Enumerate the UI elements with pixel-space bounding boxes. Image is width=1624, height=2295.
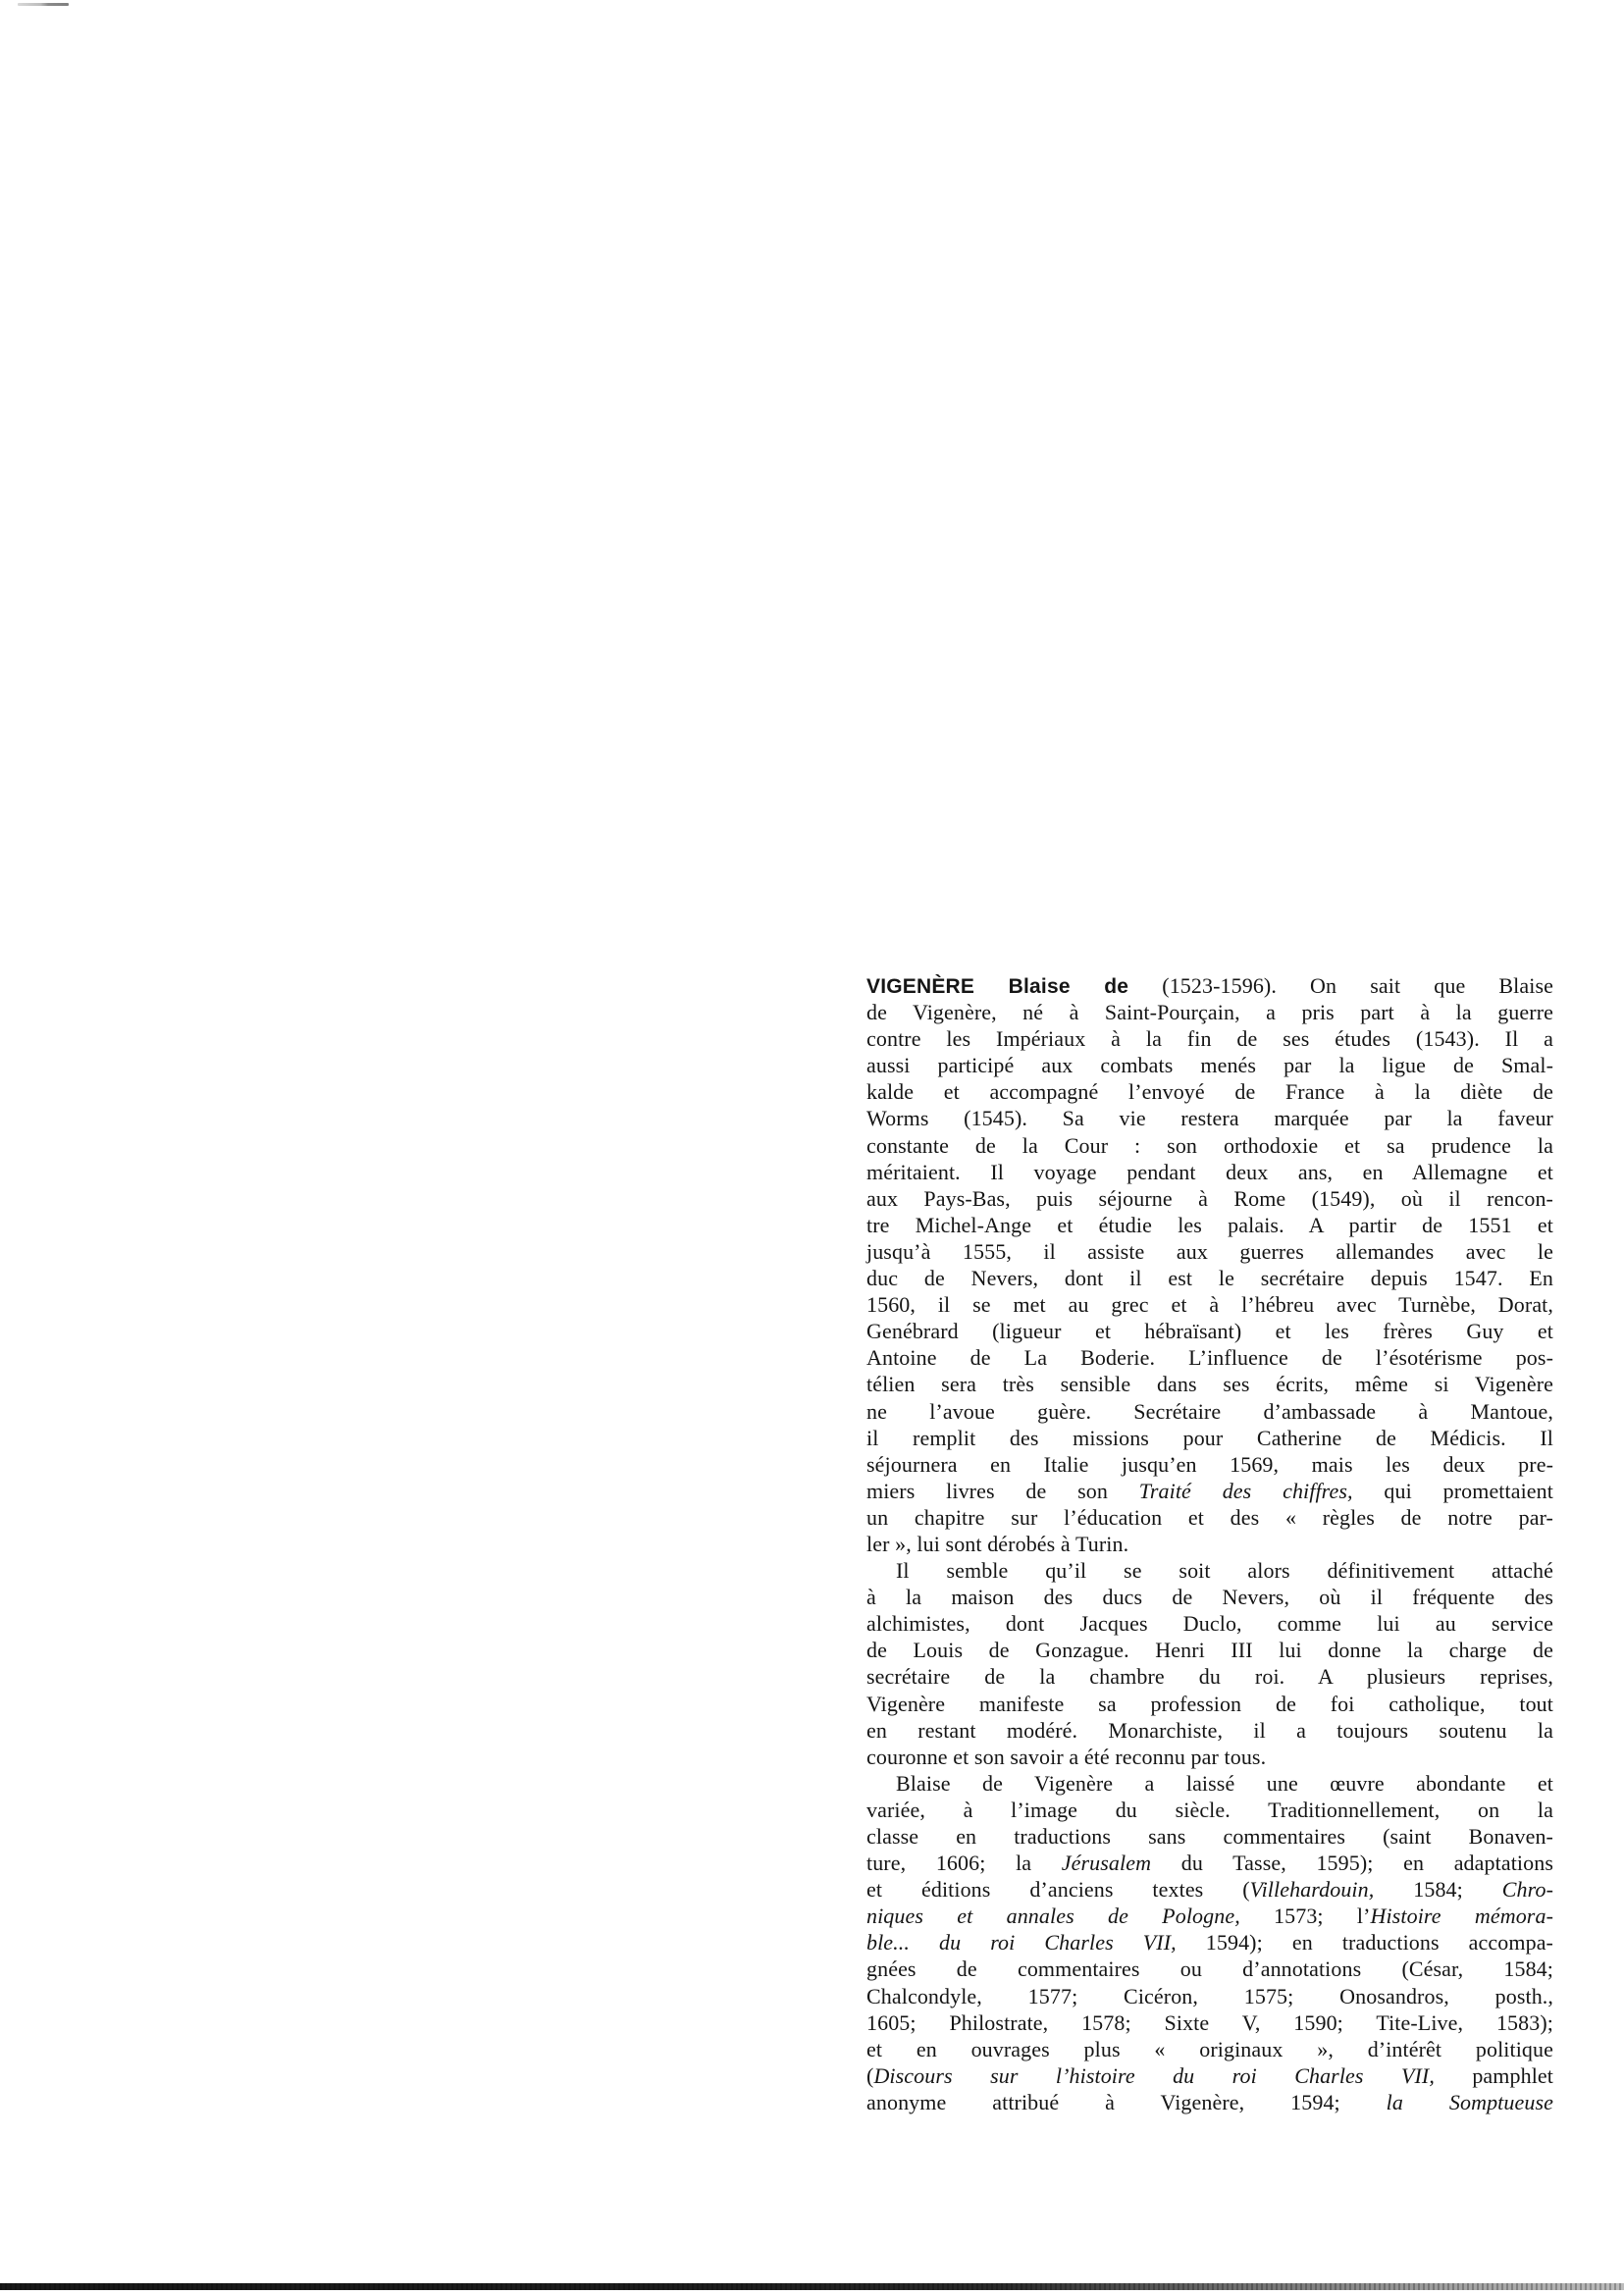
scanned-page-bottom-edge	[0, 2283, 1624, 2290]
body-text: aussi participé aux combats menés par la…	[866, 1053, 1553, 1077]
body-text: 1605; Philostrate, 1578; Sixte V, 1590; …	[866, 2010, 1553, 2035]
body-text: Il semble qu’il se soit alors définitive…	[896, 1558, 1553, 1583]
text-line: kalde et accompagné l’envoyé de France à…	[866, 1078, 1553, 1105]
text-line: et éditions d’anciens textes (Villehardo…	[866, 1876, 1553, 1903]
body-text: jusqu’à 1555, il assiste aux guerres all…	[866, 1239, 1553, 1264]
text-line: 1605; Philostrate, 1578; Sixte V, 1590; …	[866, 2009, 1553, 2036]
text-line: couronne et son savoir a été reconnu par…	[866, 1744, 1553, 1770]
body-text: aux Pays-Bas, puis séjourne à Rome (1549…	[866, 1186, 1553, 1211]
body-text: constante de la Cour : son orthodoxie et…	[866, 1133, 1553, 1158]
text-line: gnées de commentaires ou d’annotations (…	[866, 1956, 1553, 1982]
text-line: tre Michel-Ange et étudie les palais. A …	[866, 1212, 1553, 1238]
text-line: de Vigenère, né à Saint-Pourçain, a pris…	[866, 999, 1553, 1025]
body-text: un chapitre sur l’éducation et des « règ…	[866, 1505, 1553, 1530]
body-text: en restant modéré. Monarchiste, il a tou…	[866, 1718, 1553, 1743]
entry-first-line: VIGENÈRE Blaise de (1523-1596). On sait …	[866, 972, 1553, 999]
body-text: télien sera très sensible dans ses écrit…	[866, 1372, 1553, 1396]
body-text: classe en traductions sans commentaires …	[866, 1824, 1553, 1849]
body-text: Worms (1545). Sa vie restera marquée par…	[866, 1106, 1553, 1130]
italic-title: la Somptueuse	[1387, 2090, 1553, 2114]
italic-title: Discours sur l’histoire du roi Charles V…	[873, 2063, 1435, 2088]
text-line: (Discours sur l’histoire du roi Charles …	[866, 2062, 1553, 2089]
body-text: secrétaire de la chambre du roi. A plusi…	[866, 1664, 1553, 1689]
text-line: Genébrard (ligueur et hébraïsant) et les…	[866, 1318, 1553, 1344]
body-text: Antoine de La Boderie. L’influence de l’…	[866, 1345, 1553, 1370]
text-line: il remplit des missions pour Catherine d…	[866, 1425, 1553, 1451]
text-line: Vigenère manifeste sa profession de foi …	[866, 1691, 1553, 1717]
body-text: méritaient. Il voyage pendant deux ans, …	[866, 1160, 1553, 1184]
text-line: et en ouvrages plus « originaux », d’int…	[866, 2036, 1553, 2062]
body-text: tre Michel-Ange et étudie les palais. A …	[866, 1213, 1553, 1237]
body-text: ne l’avoue guère. Secrétaire d’ambassade…	[866, 1399, 1553, 1424]
body-text: et éditions d’anciens textes (	[866, 1877, 1250, 1902]
italic-title: niques et annales de Pologne,	[866, 1904, 1240, 1928]
text-line: contre les Impériaux à la fin de ses étu…	[866, 1025, 1553, 1052]
text-line: méritaient. Il voyage pendant deux ans, …	[866, 1159, 1553, 1185]
text-line: Il semble qu’il se soit alors définitive…	[866, 1557, 1553, 1584]
article-column: VIGENÈRE Blaise de (1523-1596). On sait …	[866, 972, 1553, 2115]
body-text: 1594); en traductions accompa-	[1177, 1930, 1553, 1955]
body-text: Vigenère manifeste sa profession de foi …	[866, 1692, 1553, 1716]
body-text: Blaise de Vigenère a laissé une œuvre ab…	[896, 1771, 1553, 1796]
scan-smudge-line	[18, 3, 69, 6]
text-line: de Louis de Gonzague. Henri III lui donn…	[866, 1637, 1553, 1663]
body-text: et en ouvrages plus « originaux », d’int…	[866, 2037, 1553, 2061]
body-text: qui promettaient	[1353, 1479, 1553, 1503]
italic-title: Traité des chiffres,	[1139, 1479, 1353, 1503]
text-line: secrétaire de la chambre du roi. A plusi…	[866, 1663, 1553, 1690]
body-text: ler », lui sont dérobés à Turin.	[866, 1532, 1128, 1556]
body-text: pamphlet	[1435, 2063, 1553, 2088]
text-line: un chapitre sur l’éducation et des « règ…	[866, 1504, 1553, 1531]
text-line: Chalcondyle, 1577; Cicéron, 1575; Onosan…	[866, 1983, 1553, 2009]
text-line: anonyme attribué à Vigenère, 1594; la So…	[866, 2089, 1553, 2115]
body-text: 1573; l’	[1240, 1904, 1371, 1928]
text-line: duc de Nevers, dont il est le secrétaire…	[866, 1265, 1553, 1291]
text-line: aux Pays-Bas, puis séjourne à Rome (1549…	[866, 1185, 1553, 1212]
italic-title: ble... du roi Charles VII,	[866, 1930, 1177, 1955]
text-line: ler », lui sont dérobés à Turin.	[866, 1531, 1553, 1557]
text-line: ne l’avoue guère. Secrétaire d’ambassade…	[866, 1398, 1553, 1425]
text-line: télien sera très sensible dans ses écrit…	[866, 1371, 1553, 1397]
text-line: Blaise de Vigenère a laissé une œuvre ab…	[866, 1770, 1553, 1797]
body-text: il remplit des missions pour Catherine d…	[866, 1426, 1553, 1450]
text-line: alchimistes, dont Jacques Duclo, comme l…	[866, 1610, 1553, 1637]
body-text: (1523-1596). On sait que Blaise	[1128, 973, 1553, 998]
body-text: ture, 1606; la	[866, 1851, 1062, 1875]
text-line: 1560, il se met au grec et à l’hébreu av…	[866, 1291, 1553, 1318]
text-line: classe en traductions sans commentaires …	[866, 1823, 1553, 1850]
text-line: variée, à l’image du siècle. Traditionne…	[866, 1797, 1553, 1823]
body-text: de Vigenère, né à Saint-Pourçain, a pris…	[866, 1000, 1553, 1024]
text-line: jusqu’à 1555, il assiste aux guerres all…	[866, 1238, 1553, 1265]
text-line: niques et annales de Pologne, 1573; l’Hi…	[866, 1903, 1553, 1929]
text-line: Worms (1545). Sa vie restera marquée par…	[866, 1105, 1553, 1131]
text-line: en restant modéré. Monarchiste, il a tou…	[866, 1717, 1553, 1744]
italic-title: Chro-	[1502, 1877, 1553, 1902]
italic-title: Jérusalem	[1062, 1851, 1151, 1875]
body-text: contre les Impériaux à la fin de ses étu…	[866, 1026, 1553, 1051]
text-line: aussi participé aux combats menés par la…	[866, 1052, 1553, 1078]
text-line: Antoine de La Boderie. L’influence de l’…	[866, 1344, 1553, 1371]
body-text: anonyme attribué à Vigenère, 1594;	[866, 2090, 1387, 2114]
text-line: miers livres de son Traité des chiffres,…	[866, 1478, 1553, 1504]
italic-title: Villehardouin,	[1250, 1877, 1375, 1902]
body-text: 1584;	[1374, 1877, 1501, 1902]
text-line: ble... du roi Charles VII, 1594); en tra…	[866, 1929, 1553, 1956]
entry-headword: VIGENÈRE Blaise de	[866, 975, 1128, 998]
body-text: à la maison des ducs de Nevers, où il fr…	[866, 1585, 1553, 1609]
body-text: kalde et accompagné l’envoyé de France à…	[866, 1079, 1553, 1104]
body-text: séjournera en Italie jusqu’en 1569, mais…	[866, 1452, 1553, 1477]
text-line: constante de la Cour : son orthodoxie et…	[866, 1132, 1553, 1159]
body-text: 1560, il se met au grec et à l’hébreu av…	[866, 1292, 1553, 1317]
text-line: à la maison des ducs de Nevers, où il fr…	[866, 1584, 1553, 1610]
text-line: ture, 1606; la Jérusalem du Tasse, 1595)…	[866, 1850, 1553, 1876]
body-text: gnées de commentaires ou d’annotations (…	[866, 1956, 1553, 1981]
body-text: Genébrard (ligueur et hébraïsant) et les…	[866, 1319, 1553, 1343]
body-text: de Louis de Gonzague. Henri III lui donn…	[866, 1638, 1553, 1662]
body-text: duc de Nevers, dont il est le secrétaire…	[866, 1266, 1553, 1290]
body-text: Chalcondyle, 1577; Cicéron, 1575; Onosan…	[866, 1984, 1553, 2008]
text-line: séjournera en Italie jusqu’en 1569, mais…	[866, 1451, 1553, 1478]
body-text: miers livres de son	[866, 1479, 1139, 1503]
body-text: variée, à l’image du siècle. Traditionne…	[866, 1798, 1553, 1822]
body-text: couronne et son savoir a été reconnu par…	[866, 1745, 1266, 1769]
body-text: alchimistes, dont Jacques Duclo, comme l…	[866, 1611, 1553, 1636]
italic-title: Histoire mémora-	[1371, 1904, 1553, 1928]
body-text: du Tasse, 1595); en adaptations	[1151, 1851, 1553, 1875]
